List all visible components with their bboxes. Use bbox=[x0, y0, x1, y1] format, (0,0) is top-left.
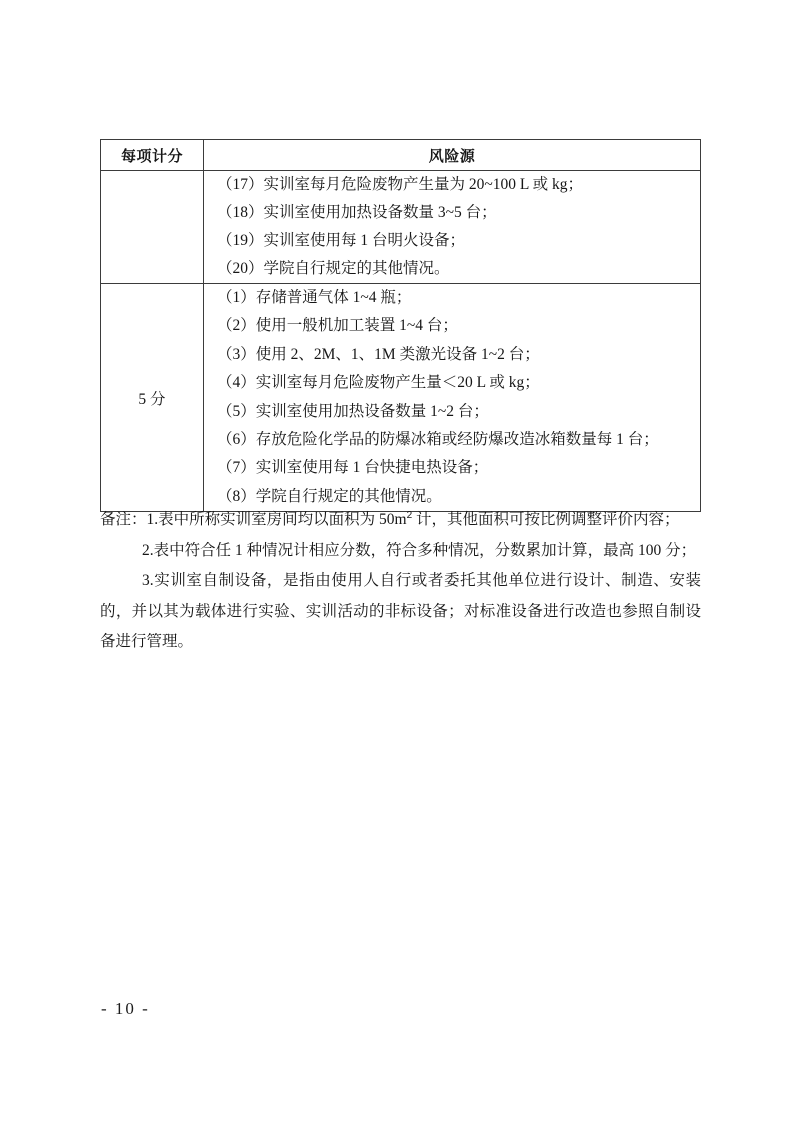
table-row-continued: （17）实训室每月危险废物产生量为 20~100 L 或 kg； （18）实训室… bbox=[101, 170, 700, 283]
risk-item: （4）实训室每月危险废物产生量＜20 L 或 kg； bbox=[217, 369, 700, 397]
risk-item: （17）实训室每月危险废物产生量为 20~100 L 或 kg； bbox=[217, 171, 700, 199]
header-risk-source-label: 风险源 bbox=[429, 145, 476, 166]
document-page: 每项计分 风险源 （17）实训室每月危险废物产生量为 20~100 L 或 kg… bbox=[0, 0, 793, 1122]
header-cell-risk-source: 风险源 bbox=[204, 140, 700, 170]
risk-item: （6）存放危险化学品的防爆冰箱或经防爆改造冰箱数量每 1 台； bbox=[217, 426, 700, 454]
risk-item: （1）存储普通气体 1~4 瓶； bbox=[217, 284, 700, 312]
table-header-row: 每项计分 风险源 bbox=[101, 140, 700, 170]
risk-items-cell: （17）实训室每月危险废物产生量为 20~100 L 或 kg； （18）实训室… bbox=[204, 171, 700, 283]
risk-item: （7）实训室使用每 1 台快捷电热设备； bbox=[217, 454, 700, 482]
header-cell-score: 每项计分 bbox=[101, 140, 204, 170]
risk-item: （2）使用一般机加工装置 1~4 台； bbox=[217, 312, 700, 340]
score-value: 5 分 bbox=[138, 387, 165, 409]
risk-item: （3）使用 2、2M、1、1M 类激光设备 1~2 台； bbox=[217, 341, 700, 369]
risk-items-cell: （1）存储普通气体 1~4 瓶； （2）使用一般机加工装置 1~4 台； （3）… bbox=[204, 284, 700, 511]
risk-item: （19）实训室使用每 1 台明火设备； bbox=[217, 227, 700, 255]
remark-1-text: 备注：1.表中所称实训室房间均以面积为 50m bbox=[100, 511, 407, 528]
remark-3: 3.实训室自制设备，是指由使用人自行或者委托其他单位进行设计、制造、安装的，并以… bbox=[100, 566, 701, 658]
risk-source-table: 每项计分 风险源 （17）实训室每月危险废物产生量为 20~100 L 或 kg… bbox=[100, 139, 701, 512]
remark-1: 备注：1.表中所称实训室房间均以面积为 50m2 计，其他面积可按比例调整评价内… bbox=[100, 505, 701, 536]
table-row-5-points: 5 分 （1）存储普通气体 1~4 瓶； （2）使用一般机加工装置 1~4 台；… bbox=[101, 283, 700, 511]
remark-1-text-cont: 计，其他面积可按比例调整评价内容； bbox=[412, 511, 679, 528]
remark-2: 2.表中符合任 1 种情况计相应分数，符合多种情况，分数累加计算，最高 100 … bbox=[100, 536, 701, 567]
risk-item: （20）学院自行规定的其他情况。 bbox=[217, 255, 700, 283]
header-score-label: 每项计分 bbox=[121, 145, 183, 166]
risk-item: （18）实训室使用加热设备数量 3~5 台； bbox=[217, 199, 700, 227]
score-cell-5-points: 5 分 bbox=[101, 284, 204, 511]
remarks-section: 备注：1.表中所称实训室房间均以面积为 50m2 计，其他面积可按比例调整评价内… bbox=[100, 505, 701, 658]
score-cell-empty bbox=[101, 171, 204, 283]
page-number: - 10 - bbox=[101, 999, 150, 1019]
risk-item: （5）实训室使用加热设备数量 1~2 台； bbox=[217, 398, 700, 426]
